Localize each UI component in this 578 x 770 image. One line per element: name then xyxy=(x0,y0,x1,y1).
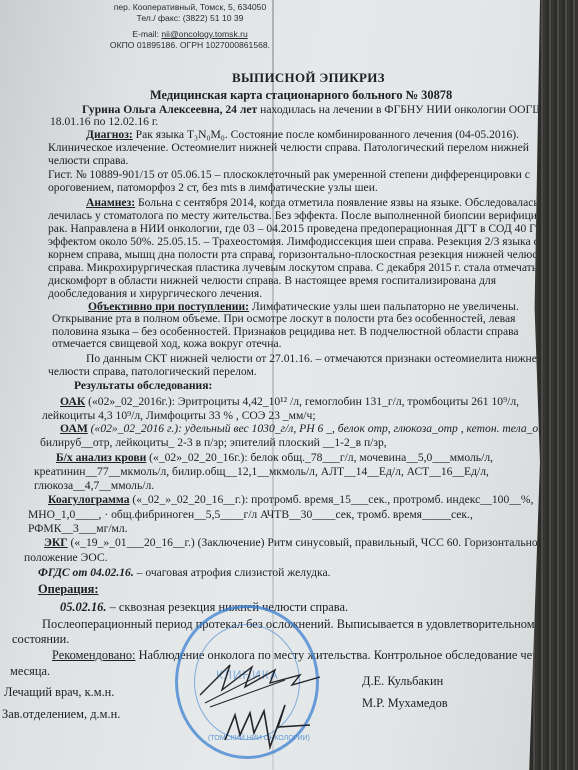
header-address: пер. Кооперативный, Томск, 5, 634050 xyxy=(100,2,280,13)
skt-line-2: челюсти справа, патологический перелом. xyxy=(48,365,257,379)
patient-dates: 18.01.16 по 12.02.16 г. xyxy=(50,115,158,129)
objective-line-4: отмечается свищевой ход, кожа вокруг оте… xyxy=(52,337,282,351)
bx-line-3: глюкоза__4,7__ммоль/л. xyxy=(34,479,154,493)
coag-line-3: РФМК__3___мг/мл. xyxy=(28,522,128,536)
skt-line-1: По данным СКТ нижней челюсти от 27.01.16… xyxy=(86,352,543,366)
header-okpo: ОКПО 01895186. ОГРН 1027000861568. xyxy=(100,40,280,51)
ekg-line-1: ЭКГ («_19_»_01___20_16__г.) (Заключение)… xyxy=(44,536,543,550)
ekg-line-2: положение ЭОС. xyxy=(24,551,108,565)
doctor-name: Д.Е. Кульбакин xyxy=(362,674,443,688)
signature-strokes xyxy=(190,655,340,750)
ekg-label: ЭКГ xyxy=(44,536,68,549)
objective-line-2: Открывание рта в полном объеме. При осмо… xyxy=(52,312,515,326)
oam-line-1: ОАМ («02»_02_2016 г.): удельный вес 1030… xyxy=(60,422,564,436)
anamnesis-line-4: эффектом около 50%. 25.05.15. – Трахеост… xyxy=(48,235,539,249)
anamnesis-line-5: корнем справа, мышц дна полости рта спра… xyxy=(48,248,549,262)
document-subtitle: Медицинская карта стационарного больного… xyxy=(150,88,452,102)
document-title: ВЫПИСНОЙ ЭПИКРИЗ xyxy=(232,71,385,85)
histology-line-2: ороговением, патоморфоз 2 ст, без mts в … xyxy=(48,181,378,195)
oam-line-2: билируб__отр, лейкоциты_ 2-3 в п/зр; эпи… xyxy=(40,436,387,450)
email-link[interactable]: nii@oncology.tomsk.ru xyxy=(161,29,247,39)
fgds-label: ФГДС от 04.02.16. xyxy=(38,566,134,579)
diagnosis-line-3: челюсти справа. xyxy=(48,154,128,168)
oak-line-2: лейкоциты 4,3 10⁹/л, Лимфоциты 33 % , СО… xyxy=(42,409,316,423)
oak-label: ОАК xyxy=(60,395,85,408)
anamnesis-line-2: лечилась у стоматолога по месту жительст… xyxy=(48,209,565,223)
email-label: E-mail: xyxy=(132,29,161,39)
results-heading: Результаты обследования: xyxy=(74,379,212,393)
coag-line-1: Коагулограмма («_02_»_02_20_16__г.): про… xyxy=(48,493,533,507)
operation-label: Операция: xyxy=(38,582,98,596)
bx-label: Б/х анализ крови xyxy=(56,451,146,464)
operation-line: 05.02.16. – сквозная резекция нижней чел… xyxy=(60,600,348,614)
patient-stay: находилась на лечении в ФГБНУ НИИ онколо… xyxy=(257,103,552,116)
recommended-line-2: месяца. xyxy=(10,664,50,678)
bx-line-1: Б/х анализ крови («_02»_02_20_16г.): бел… xyxy=(56,451,493,465)
operation-date: 05.02.16. xyxy=(60,600,106,614)
coag-label: Коагулограмма xyxy=(48,493,130,506)
diagnosis-line-2: Клиническое излечение. Остеомиелит нижне… xyxy=(48,141,529,155)
anamnesis-line-7: дискомфорт в области нижней челюсти спра… xyxy=(48,274,496,288)
document-page: пер. Кооперативный, Томск, 5, 634050 Тел… xyxy=(0,0,540,770)
fgds-line: ФГДС от 04.02.16. – очаговая атрофия сли… xyxy=(38,566,331,580)
histology-line-1: Гист. № 10889-901/15 от 05.06.15 – плоск… xyxy=(48,168,530,182)
anamnesis-line-6: справа. Микрохирургическая пластика луче… xyxy=(48,261,537,275)
doctor-role: Лечащий врач, к.м.н. xyxy=(4,685,114,699)
header-phone: Тел./ факс: (3822) 51 10 39 xyxy=(100,13,280,24)
postop-line-2: состоянии. xyxy=(12,632,69,646)
head-name: М.Р. Мухамедов xyxy=(362,696,448,710)
header-email-line: E-mail: nii@oncology.tomsk.ru xyxy=(100,29,280,40)
anamnesis-line-8: дообследования и хирургического лечения. xyxy=(48,287,262,301)
diagnosis-label: Диагноз: xyxy=(86,128,133,141)
bx-line-2: креатинин__77__мкмоль/л, билир.общ__12,1… xyxy=(34,465,489,479)
anamnesis-label: Анамнез: xyxy=(86,196,135,209)
diagnosis-line-1: Диагноз: Рак языка T₃N₀M₀. Состояние пос… xyxy=(86,128,519,142)
oak-line-1: ОАК («02»_02_2016г.): Эритроциты 4,42_10… xyxy=(60,395,519,409)
anamnesis-line-1: Анамнез: Больна с сентября 2014, когда о… xyxy=(86,196,548,210)
head-role: Зав.отделением, д.м.н. xyxy=(2,707,120,721)
oam-label: ОАМ xyxy=(60,422,88,435)
anamnesis-line-3: рак. Направлена в НИИ онкологии, где 03 … xyxy=(48,222,549,236)
coag-line-2: МНО_1,0____, · общ.фибриноген__5,5____г/… xyxy=(28,508,473,522)
recommended-label: Рекомендовано: xyxy=(52,648,136,662)
